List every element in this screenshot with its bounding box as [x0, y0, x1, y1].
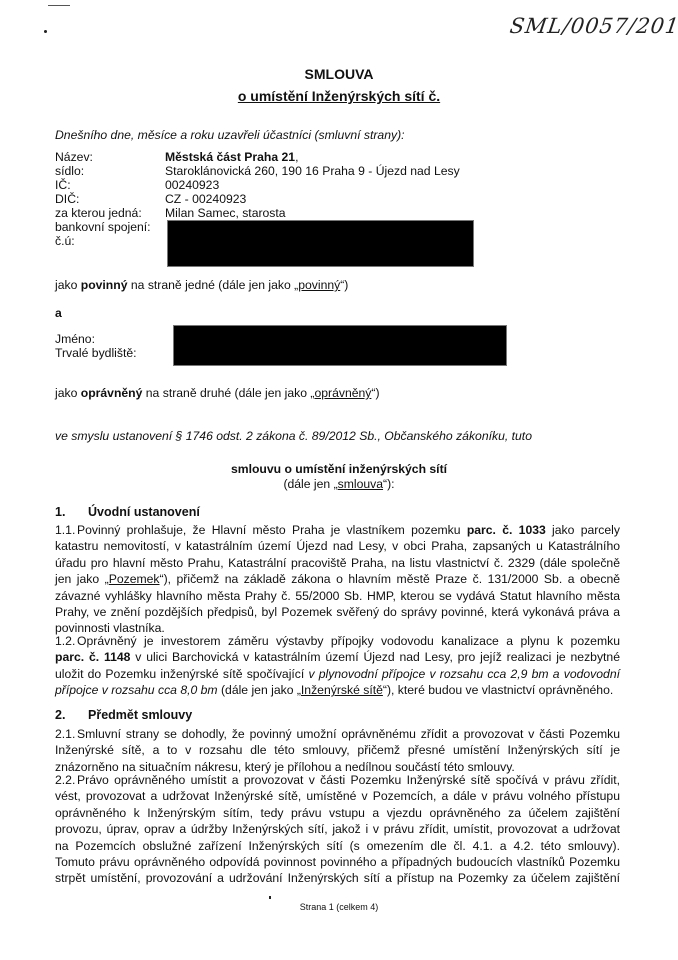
party1-representative-value: Milan Samec, starosta [165, 206, 286, 220]
legal-basis: ve smyslu ustanovení § 1746 odst. 2 záko… [55, 429, 532, 443]
document-title: SMLOUVA [0, 66, 678, 82]
paragraph-2-2: 2.2.Právo oprávněného umístit a provozov… [55, 772, 620, 887]
page-number: Strana 1 (celkem 4) [0, 902, 678, 912]
redaction-party2-identity [173, 325, 507, 366]
party1-name-value: Městská část Praha 21 [165, 150, 295, 164]
party2-name-label: Jméno: [55, 332, 95, 346]
paragraph-1-1: 1.1.Povinný prohlašuje, že Hlavní město … [55, 522, 620, 637]
scan-artifact-dot [269, 896, 271, 899]
party1-role: jako povinný na straně jedné (dále jen j… [55, 278, 348, 292]
paragraph-1-2: 1.2.Oprávněný je investorem záměru výsta… [55, 633, 620, 699]
redaction-bank-details [167, 220, 474, 267]
party1-ic-value: 00240923 [165, 178, 219, 192]
document-subtitle: o umístění Inženýrských sítí č. [0, 88, 678, 104]
section-2-heading: 2.Předmět smlouvy [55, 708, 192, 722]
and-connector: a [55, 306, 62, 320]
handwritten-reference-number: SML/0057/2019/OMI [508, 14, 678, 38]
contract-alias: (dále jen „smlouva“): [0, 477, 678, 491]
paragraph-2-1: 2.1.Smluvní strany se dohodly, že povinn… [55, 726, 620, 775]
party2-address-label: Trvalé bydliště: [55, 346, 137, 360]
section-1-heading: 1.Úvodní ustanovení [55, 505, 200, 519]
party1-dic-value: CZ - 00240923 [165, 192, 246, 206]
intro-text: Dnešního dne, měsíce a roku uzavřeli úča… [55, 128, 405, 142]
label: Název: [55, 150, 93, 164]
scan-artifact-line [48, 5, 70, 6]
party1-seat-value: Staroklánovická 260, 190 16 Praha 9 - Új… [165, 164, 460, 178]
contract-name: smlouvu o umístění inženýrských sítí [0, 462, 678, 476]
scan-artifact-dot [44, 30, 47, 33]
party2-role: jako oprávněný na straně druhé (dále jen… [55, 386, 380, 400]
